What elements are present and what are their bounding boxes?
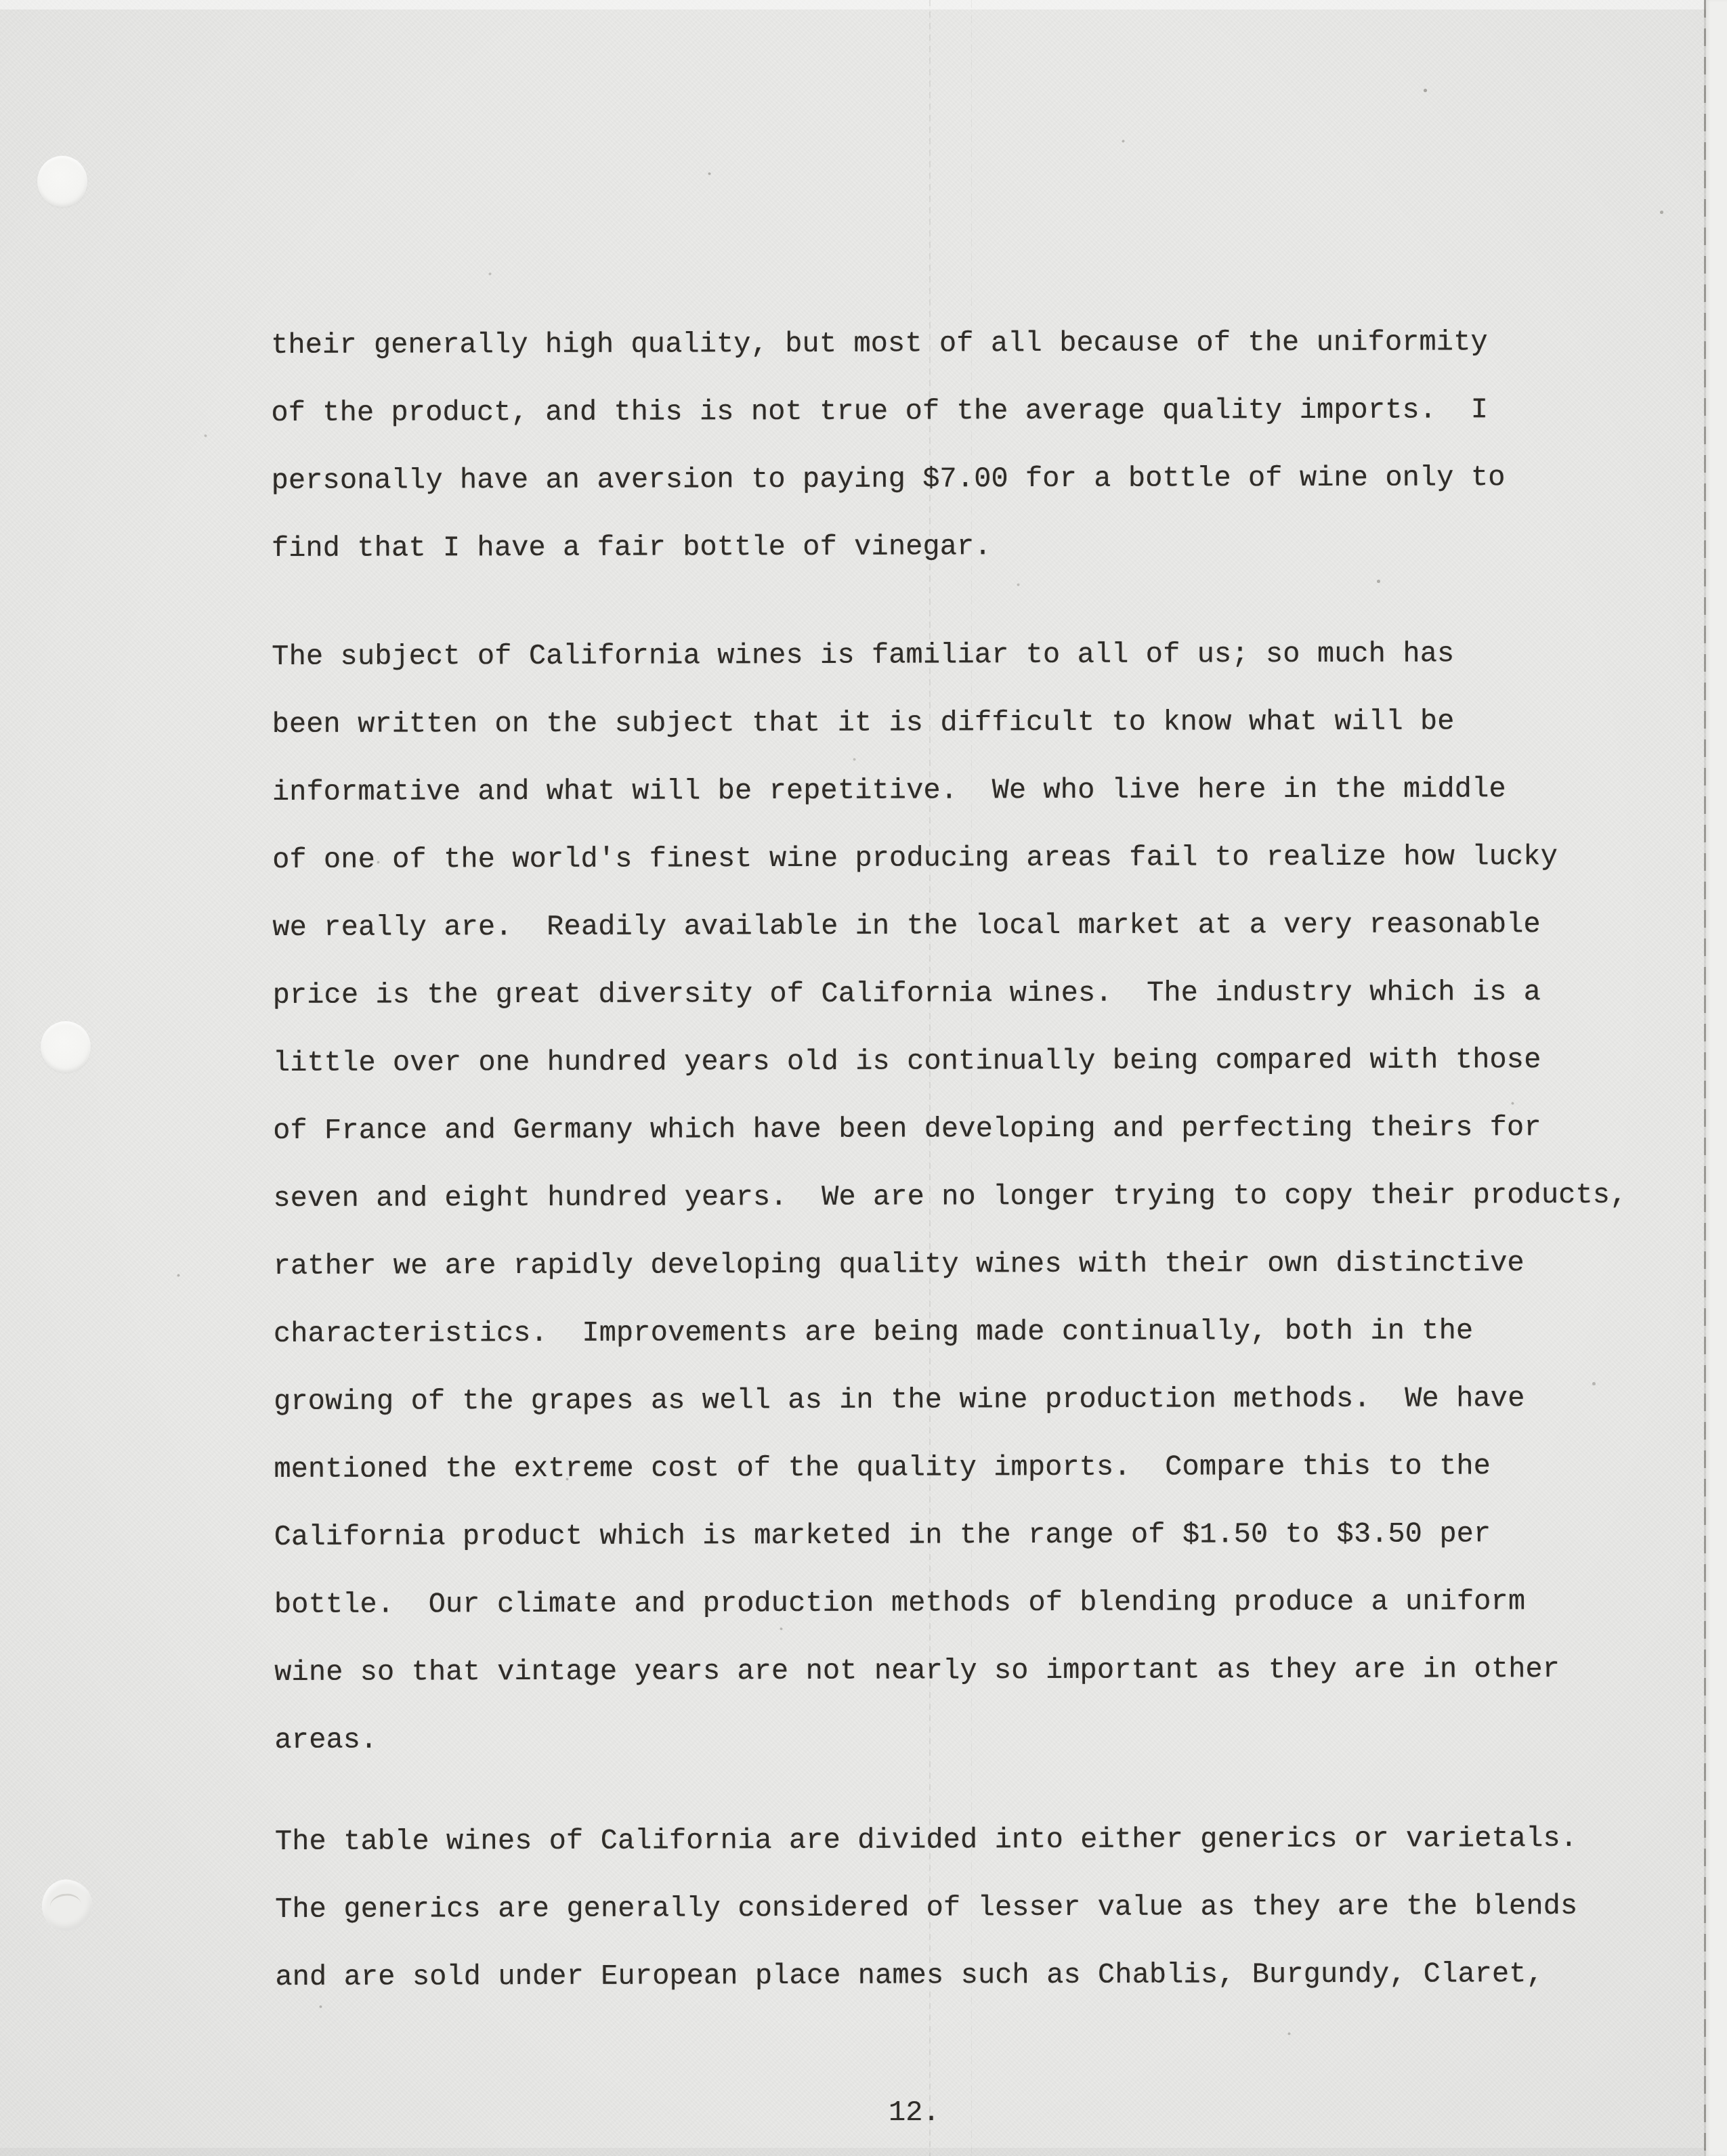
paragraph: The subject of California wines is famil…	[272, 620, 1628, 1774]
page-number: 12.	[889, 2079, 940, 2147]
scanned-document-page: their generally high quality, but most o…	[0, 0, 1727, 2156]
text-line: been written on the subject that it is d…	[272, 687, 1625, 758]
text-line: and are sold under European place names …	[275, 1940, 1629, 2011]
text-line: their generally high quality, but most o…	[271, 308, 1625, 379]
text-line: informative and what will be repetitive.…	[272, 755, 1626, 826]
text-line: of France and Germany which have been de…	[273, 1094, 1627, 1165]
page-bottom-edge	[0, 2148, 1727, 2156]
paragraph: The table wines of California are divide…	[275, 1805, 1629, 2011]
scan-margin-strip	[1706, 0, 1727, 2156]
text-line: little over one hundred years old is con…	[273, 1026, 1627, 1097]
text-line: California product which is marketed in …	[274, 1500, 1628, 1571]
text-line: rather we are rapidly developing quality…	[274, 1229, 1627, 1300]
document-body: their generally high quality, but most o…	[271, 308, 1629, 2052]
page-top-edge	[0, 0, 1727, 9]
text-line: price is the great diversity of Californ…	[273, 958, 1627, 1029]
text-line: personally have an aversion to paying $7…	[272, 444, 1625, 515]
text-line: wine so that vintage years are not nearl…	[274, 1635, 1628, 1706]
text-line: The subject of California wines is famil…	[272, 620, 1625, 691]
text-line: of the product, and this is not true of …	[271, 376, 1625, 447]
text-line: we really are. Readily available in the …	[272, 890, 1626, 962]
text-line: areas.	[274, 1703, 1628, 1774]
punch-hole-top	[37, 156, 87, 207]
text-line: of one of the world's finest wine produc…	[272, 823, 1626, 894]
text-line: mentioned the extreme cost of the qualit…	[274, 1432, 1627, 1503]
text-line: The table wines of California are divide…	[275, 1805, 1629, 1876]
text-line: characteristics. Improvements are being …	[274, 1297, 1627, 1368]
text-line: growing of the grapes as well as in the …	[274, 1364, 1627, 1436]
paper-specks	[0, 0, 2, 2]
paragraph: their generally high quality, but most o…	[271, 308, 1625, 582]
text-line: bottle. Our climate and production metho…	[274, 1568, 1628, 1639]
text-line: The generics are generally considered of…	[275, 1872, 1629, 1943]
text-line: seven and eight hundred years. We are no…	[273, 1161, 1627, 1232]
text-line: find that I have a fair bottle of vinega…	[272, 511, 1625, 582]
punch-hole-middle	[41, 1021, 91, 1073]
